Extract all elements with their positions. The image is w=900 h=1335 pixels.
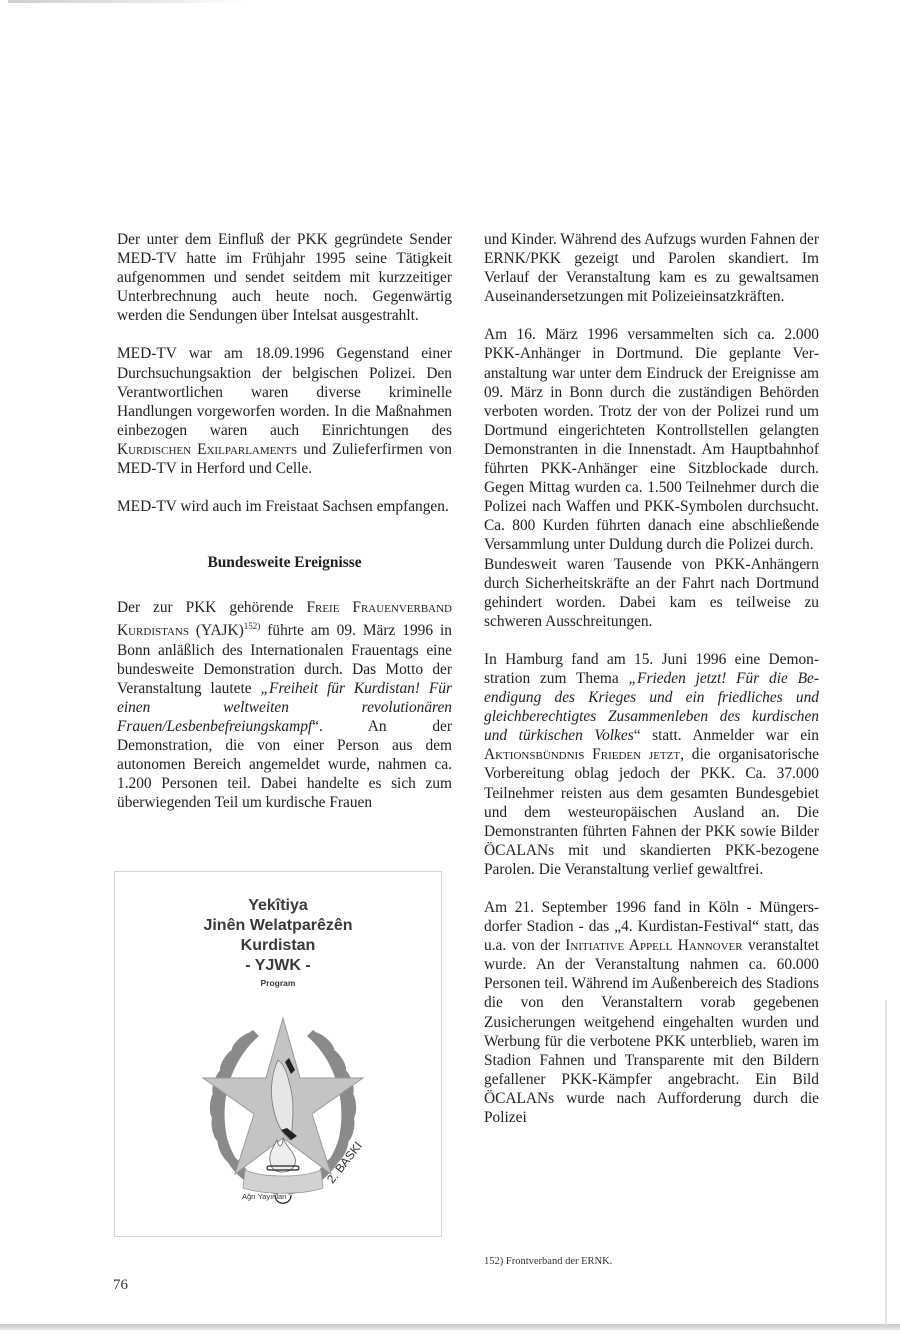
paragraph-dortmund: Am 16. März 1996 versammelten sich ca. 2… — [484, 325, 819, 554]
scan-edge-bottom — [0, 1324, 900, 1330]
text: veranstaltet wurde. An der Veranstaltung… — [484, 937, 819, 1126]
footnote-ref[interactable]: 152) — [244, 621, 261, 631]
org-name: Initiative Appell Hanno­ver — [565, 937, 742, 954]
star-wreath-emblem-icon — [183, 990, 383, 1210]
text: (YAJK) — [189, 622, 244, 639]
figure-subtitle: Program — [115, 978, 441, 988]
scan-edge-right — [885, 1000, 887, 1325]
text: Der zur PKK gehörende — [117, 599, 306, 616]
text: “ statt. Anmelder war ein — [634, 727, 819, 744]
page-number: 76 — [113, 1277, 128, 1294]
figure-title-line: Jinên Welatparêzên — [115, 917, 441, 935]
section-heading: Bundesweite Ereignisse — [117, 553, 452, 572]
publisher-label: Ağrı Yayınları — [242, 1192, 287, 1201]
text: , die organi­satorische Vorbereitung obl… — [484, 746, 819, 878]
figure-title-line: Yekîtiya — [115, 897, 441, 915]
figure-title-line: Kurdistan — [115, 937, 441, 955]
yjwk-program-cover-figure: Yekîtiya Jinên Welatparêzên Kurdistan - … — [114, 871, 442, 1237]
text: MED-TV war am 18.09.1996 Gegenstand eine… — [117, 345, 452, 438]
figure-title-line: - YJWK - — [115, 957, 441, 975]
right-column: und Kinder. Während des Aufzugs wurden F… — [484, 230, 819, 1127]
paragraph-med-tv-sachsen: MED-TV wird auch im Freistaat Sachsen em… — [117, 497, 452, 516]
paragraph-hamburg: In Hamburg fand am 15. Juni 1996 eine De… — [484, 650, 819, 879]
footnote-152: 152) Frontverband der ERNK. — [484, 1256, 612, 1267]
paragraph-yajk-demo: Der zur PKK gehörende Freie Frauenverban… — [117, 598, 452, 812]
paragraph-med-tv-intro: Der unter dem Einfluß der PKK gegründete… — [117, 230, 452, 325]
paragraph-bundesweit: Bundesweit waren Tausende von PKK-Anhän­… — [484, 555, 819, 631]
paragraph-med-tv-search: MED-TV war am 18.09.1996 Gegenstand eine… — [117, 344, 452, 478]
paragraph-koeln-festival: Am 21. September 1996 fand in Köln - Mün… — [484, 898, 819, 1127]
scan-edge-top — [8, 0, 248, 3]
left-column: Der unter dem Einfluß der PKK gegründete… — [117, 230, 452, 812]
org-name: Kurdischen Exilparlaments — [117, 441, 297, 458]
org-name: Aktionsbündnis Frieden jetzt — [484, 746, 680, 763]
paragraph-bonn-continued: und Kinder. Während des Aufzugs wurden F… — [484, 230, 819, 306]
document-page: Der unter dem Einfluß der PKK gegründete… — [0, 0, 900, 1335]
